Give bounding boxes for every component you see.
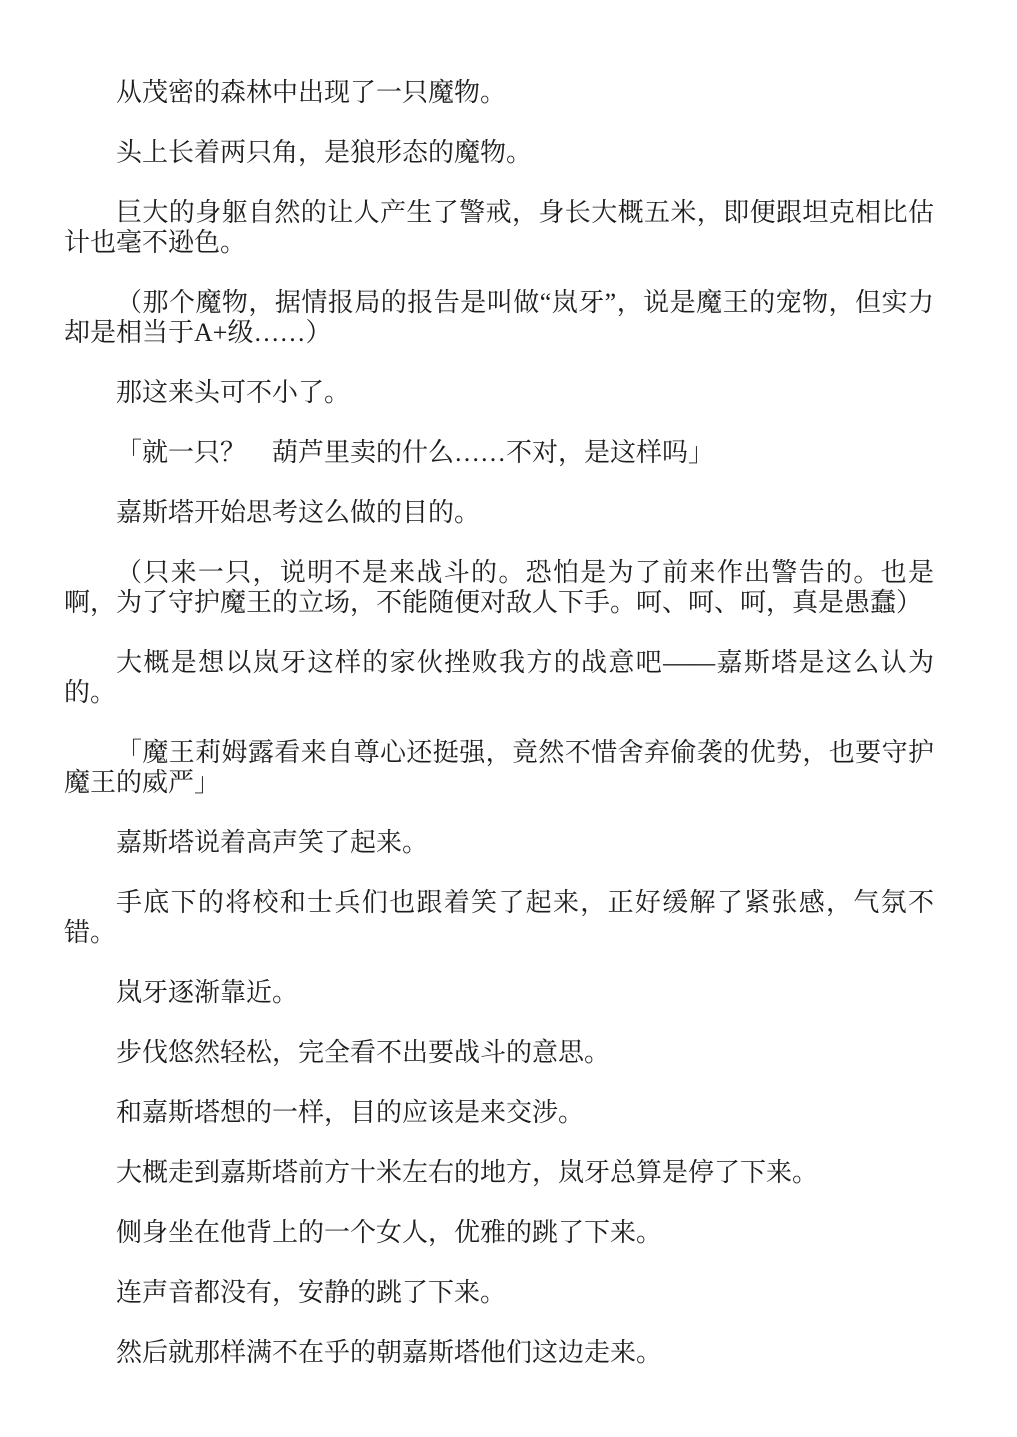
- paragraph: 嘉斯塔说着高声笑了起来。: [64, 828, 934, 858]
- paragraph: 和嘉斯塔想的一样，目的应该是来交涉。: [64, 1098, 934, 1128]
- paragraph: 手底下的将校和士兵们也跟着笑了起来，正好缓解了紧张感，气氛不错。: [64, 888, 934, 948]
- paragraph: 连声音都没有，安静的跳了下来。: [64, 1278, 934, 1308]
- paragraph-dialogue: 「就一只？ 葫芦里卖的什么……不对，是这样吗」: [64, 438, 934, 468]
- paragraph: 大概是想以岚牙这样的家伙挫败我方的战意吧——嘉斯塔是这么认为的。: [64, 648, 934, 708]
- paragraph: 那这来头可不小了。: [64, 378, 934, 408]
- paragraph-dialogue: 「魔王莉姆露看来自尊心还挺强，竟然不惜舍弃偷袭的优势，也要守护魔王的威严」: [64, 738, 934, 798]
- paragraph: 步伐悠然轻松，完全看不出要战斗的意思。: [64, 1038, 934, 1068]
- paragraph: 巨大的身躯自然的让人产生了警戒，身长大概五米，即便跟坦克相比估计也毫不逊色。: [64, 198, 934, 258]
- paragraph: 岚牙逐渐靠近。: [64, 978, 934, 1008]
- paragraph-inner-thought: （只来一只，说明不是来战斗的。恐怕是为了前来作出警告的。也是啊，为了守护魔王的立…: [64, 558, 934, 618]
- paragraph: 从茂密的森林中出现了一只魔物。: [64, 78, 934, 108]
- paragraph: 然后就那样满不在乎的朝嘉斯塔他们这边走来。: [64, 1338, 934, 1368]
- paragraph: 侧身坐在他背上的一个女人，优雅的跳了下来。: [64, 1218, 934, 1248]
- paragraph: 大概走到嘉斯塔前方十米左右的地方，岚牙总算是停了下来。: [64, 1158, 934, 1188]
- document-page: 从茂密的森林中出现了一只魔物。 头上长着两只角，是狼形态的魔物。 巨大的身躯自然…: [0, 0, 1017, 1437]
- paragraph: 嘉斯塔开始思考这么做的目的。: [64, 498, 934, 528]
- paragraph: 头上长着两只角，是狼形态的魔物。: [64, 138, 934, 168]
- paragraph: （那个魔物，据情报局的报告是叫做“岚牙”，说是魔王的宠物，但实力却是相当于A+级…: [64, 288, 934, 348]
